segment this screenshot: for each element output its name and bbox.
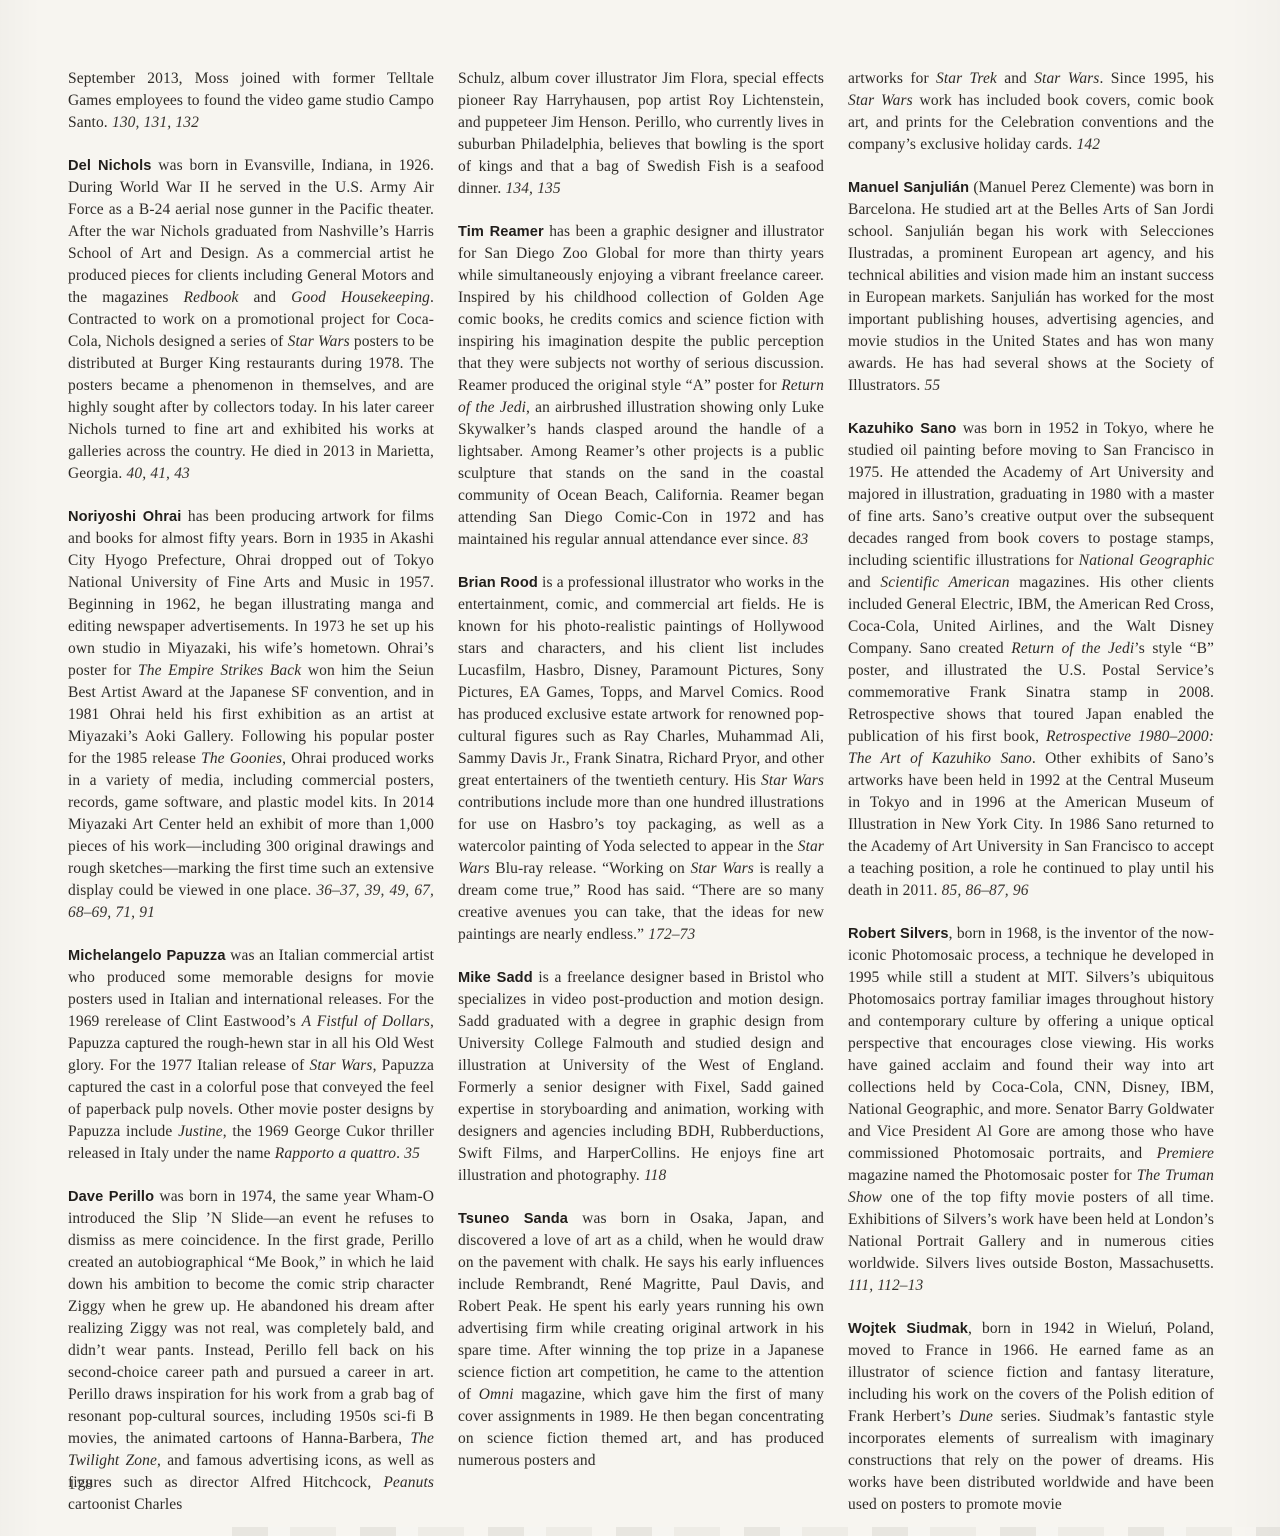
bio-text: and — [848, 574, 880, 591]
artist-name: Noriyoshi Ohrai — [68, 509, 181, 525]
bio-text: posters to be distributed at Burger King… — [68, 333, 434, 482]
page-number: 178 — [68, 1477, 94, 1494]
next-page-edge — [232, 1527, 1280, 1536]
bio-paragraph: Brian Rood is a professional illustrator… — [458, 572, 824, 946]
bio-paragraph: September 2013, Moss joined with former … — [68, 68, 434, 134]
text-column: artworks for Star Trek and Star Wars. Si… — [848, 68, 1214, 1516]
bio-paragraph: Tsuneo Sanda was born in Osaka, Japan, a… — [458, 1208, 824, 1472]
title-text: Return of the Jedi — [1011, 640, 1134, 657]
page-refs: 85, 86–87, 96 — [942, 882, 1029, 899]
page-refs: 130, 131, 132 — [112, 114, 199, 131]
page-refs: 172–73 — [648, 926, 695, 943]
bio-paragraph: Michelangelo Papuzza was an Italian comm… — [68, 945, 434, 1165]
bio-text: Blu-ray release. “Working on — [490, 860, 691, 877]
bio-paragraph: Del Nichols was born in Evansville, Indi… — [68, 155, 434, 485]
page-refs: 83 — [793, 531, 809, 548]
title-text: Star Wars — [310, 1057, 373, 1074]
title-text: Peanuts — [383, 1474, 434, 1491]
bio-paragraph: artworks for Star Trek and Star Wars. Si… — [848, 68, 1214, 156]
title-text: Star Wars — [848, 92, 913, 109]
bio-paragraph: Dave Perillo was born in 1974, the same … — [68, 1186, 434, 1516]
bio-paragraph: Kazuhiko Sano was born in 1952 in Tokyo,… — [848, 418, 1214, 902]
bio-paragraph: Mike Sadd is a freelance designer based … — [458, 967, 824, 1187]
bio-text: artworks for — [848, 70, 936, 87]
title-text: Star Trek — [936, 70, 997, 87]
title-text: The Empire Strikes Back — [138, 662, 301, 679]
title-text: Rapporto a quattro — [275, 1145, 396, 1162]
bio-paragraph: Manuel Sanjulián (Manuel Perez Clemente)… — [848, 177, 1214, 397]
bio-text: and — [997, 70, 1034, 87]
page-refs: 55 — [925, 377, 941, 394]
page-refs: 142 — [1077, 136, 1101, 153]
title-text: A Fistful of Dollars — [302, 1013, 430, 1030]
title-text: Star Wars — [761, 772, 824, 789]
bio-text: was born in 1952 in Tokyo, where he stud… — [848, 420, 1214, 569]
artist-name: Michelangelo Papuzza — [68, 948, 226, 964]
title-text: Dune — [959, 1408, 993, 1425]
artist-name: Dave Perillo — [68, 1189, 154, 1205]
artist-name: Manuel Sanjulián — [848, 180, 969, 196]
bio-text: is a professional illustrator who works … — [458, 574, 824, 789]
bio-paragraph: Tim Reamer has been a graphic designer a… — [458, 221, 824, 551]
title-text: Scientific American — [880, 574, 1009, 591]
title-text: Star Wars — [690, 860, 754, 877]
bio-text: . Since 1995, his — [1099, 70, 1214, 87]
bio-text: , an airbrushed illustration showing onl… — [458, 399, 824, 548]
title-text: Omni — [479, 1386, 514, 1403]
bio-text: and — [238, 289, 291, 306]
bio-text: , Ohrai produced works in a variety of m… — [68, 750, 434, 899]
page-refs: 118 — [644, 1167, 666, 1184]
title-text: National Geographic — [1079, 552, 1214, 569]
title-text: Good Housekeeping — [291, 289, 430, 306]
bio-text: has been a graphic designer and illustra… — [458, 223, 824, 394]
text-columns: September 2013, Moss joined with former … — [68, 68, 1214, 1516]
artist-name: Tim Reamer — [458, 224, 544, 240]
bio-text: has been producing artwork for films and… — [68, 508, 434, 679]
artist-name: Wojtek Siudmak — [848, 1321, 968, 1337]
bio-text: Schulz, album cover illustrator Jim Flor… — [458, 70, 824, 197]
bio-text: (Manuel Perez Clemente) was born in Barc… — [848, 179, 1214, 394]
bio-text: was born in Evansville, Indiana, in 1926… — [68, 157, 434, 306]
artist-name: Robert Silvers — [848, 926, 949, 942]
bio-text: , born in 1968, is the inventor of the n… — [848, 925, 1214, 1162]
bio-text: is a freelance designer based in Bristol… — [458, 969, 824, 1184]
bio-text: magazine, which gave him the first of ma… — [458, 1386, 824, 1469]
title-text: The Goonies — [201, 750, 282, 767]
title-text: Redbook — [184, 289, 239, 306]
bio-paragraph: Schulz, album cover illustrator Jim Flor… — [458, 68, 824, 200]
artist-name: Tsuneo Sanda — [458, 1211, 568, 1227]
bio-text: was born in 1974, the same year Wham-O i… — [68, 1188, 434, 1447]
bio-text: was born in Osaka, Japan, and discovered… — [458, 1210, 824, 1403]
bio-text: cartoonist Charles — [68, 1496, 182, 1513]
artist-name: Kazuhiko Sano — [848, 421, 956, 437]
artist-name: Brian Rood — [458, 575, 538, 591]
artist-name: Mike Sadd — [458, 970, 533, 986]
page-refs: 35 — [404, 1145, 420, 1162]
artist-name: Del Nichols — [68, 158, 151, 174]
text-column: Schulz, album cover illustrator Jim Flor… — [458, 68, 824, 1516]
title-text: Premiere — [1157, 1145, 1214, 1162]
page-refs: 134, 135 — [506, 180, 561, 197]
bio-paragraph: Wojtek Siudmak, born in 1942 in Wieluń, … — [848, 1318, 1214, 1516]
title-text: Star Wars — [1034, 70, 1099, 87]
page-refs: 111, 112–13 — [848, 1277, 923, 1294]
text-column: September 2013, Moss joined with former … — [68, 68, 434, 1516]
title-text: Star Wars — [288, 333, 350, 350]
book-page: September 2013, Moss joined with former … — [0, 0, 1280, 1536]
bio-paragraph: Robert Silvers, born in 1968, is the inv… — [848, 923, 1214, 1297]
bio-text: magazine named the Photomosaic poster fo… — [848, 1167, 1137, 1184]
bio-text: . Other exhibits of Sano’s artworks have… — [848, 750, 1214, 899]
bio-paragraph: Noriyoshi Ohrai has been producing artwo… — [68, 506, 434, 924]
bio-text: contributions include more than one hund… — [458, 794, 824, 855]
bio-text: one of the top fifty movie posters of al… — [848, 1189, 1214, 1272]
title-text: Justine — [178, 1123, 223, 1140]
page-refs: 40, 41, 43 — [127, 465, 190, 482]
